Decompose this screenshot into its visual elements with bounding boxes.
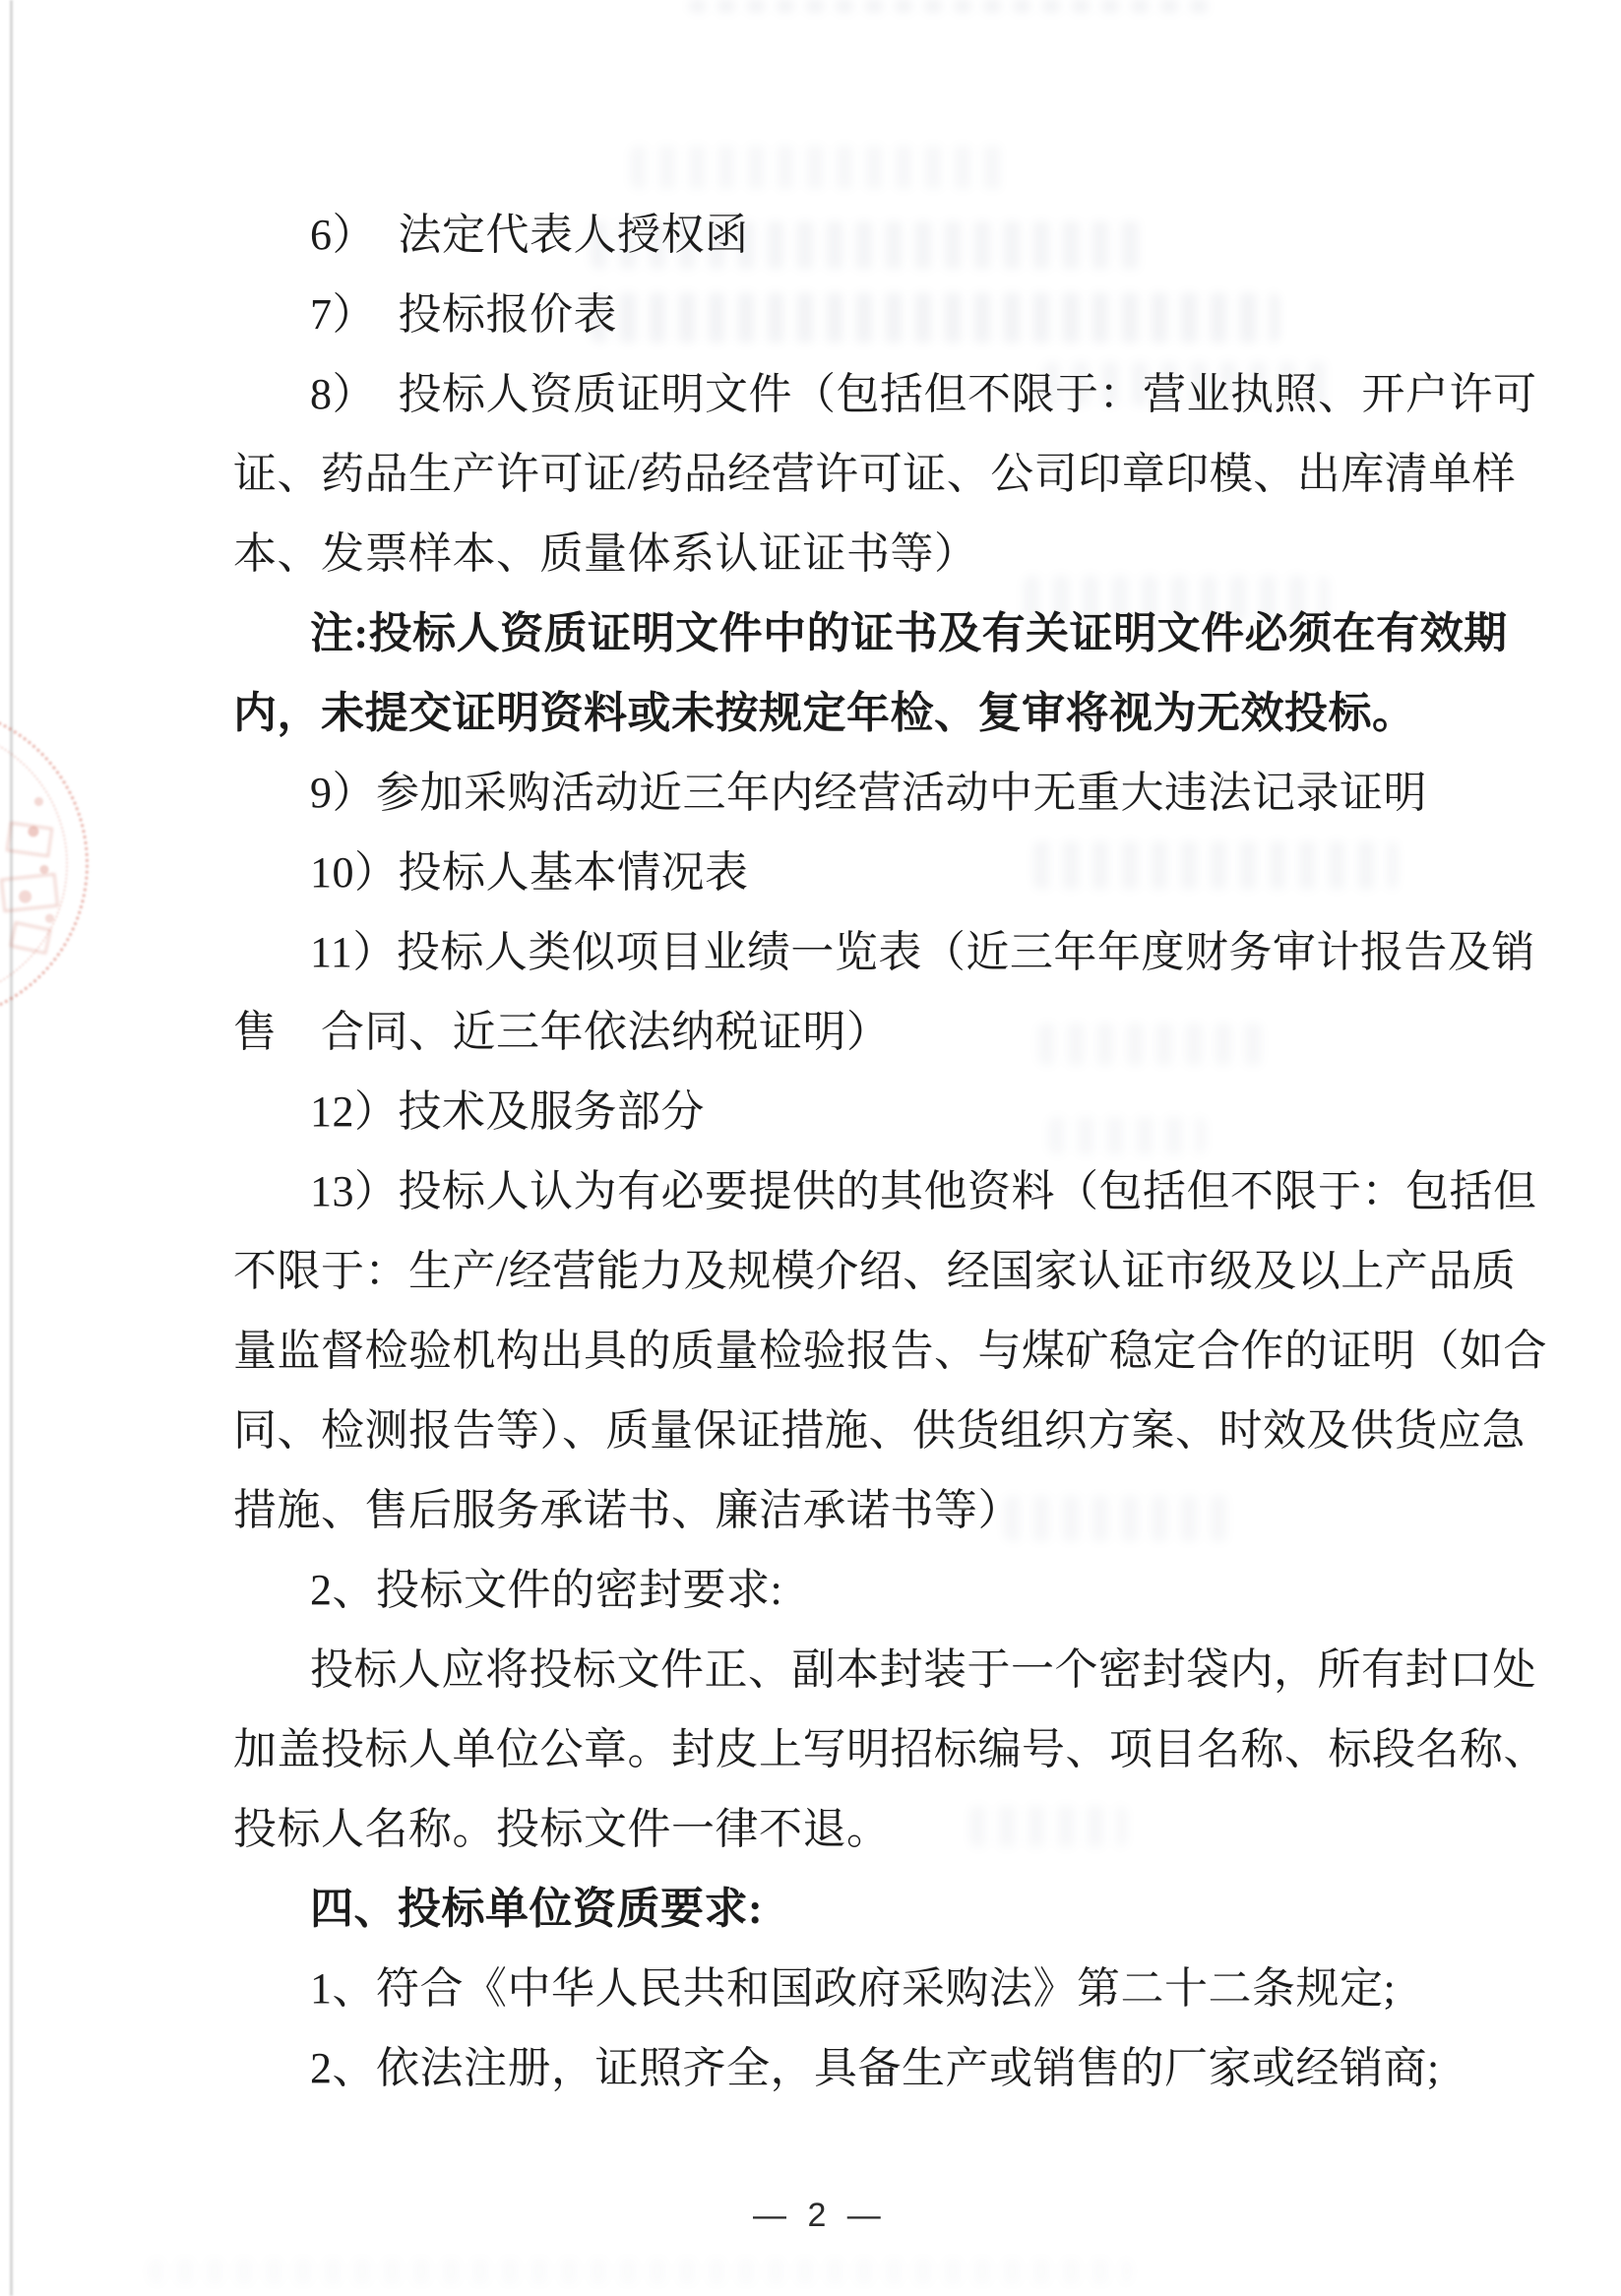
document-text-block: 6） 法定代表人授权函 7） 投标报价表 8） 投标人资质证明文件（包括但不限于… bbox=[233, 195, 1424, 2108]
red-seal-stamp bbox=[0, 706, 89, 1023]
list-item-13: 13）投标人认为有必要提供的其他资料（包括但不限于：包括但 bbox=[233, 1151, 1424, 1231]
page-number: — 2 — bbox=[753, 2197, 887, 2235]
list-item-8-cont: 本、发票样本、质量体系认证证书等） bbox=[233, 514, 1424, 593]
list-item-11-cont: 售 合同、近三年依法纳税证明） bbox=[233, 992, 1424, 1072]
list-item-11: 11）投标人类似项目业绩一览表（近三年年度财务审计报告及销 bbox=[233, 912, 1424, 992]
list-item-7: 7） 投标报价表 bbox=[233, 275, 1424, 354]
red-seal-speckles bbox=[0, 726, 68, 1002]
list-item-13-cont: 同、检测报告等）、质量保证措施、供货组织方案、时效及供货应急 bbox=[233, 1391, 1424, 1470]
bleedthrough-smudge bbox=[630, 146, 1014, 189]
qualification-item-2: 2、依法注册，证照齐全，具备生产或销售的厂家或经销商; bbox=[233, 2028, 1424, 2108]
list-item-8: 8） 投标人资质证明文件（包括但不限于：营业执照、开户许可 bbox=[233, 354, 1424, 434]
list-item-12: 12）技术及服务部分 bbox=[233, 1072, 1424, 1151]
scan-edge-line bbox=[10, 0, 13, 2296]
list-item-9: 9）参加采购活动近三年内经营活动中无重大违法记录证明 bbox=[233, 753, 1424, 833]
bleedthrough-smudge bbox=[148, 2259, 1132, 2284]
list-item-13-cont: 量监督检验机构出具的质量检验报告、与煤矿稳定合作的证明（如合 bbox=[233, 1311, 1424, 1391]
note-line: 注:投标人资质证明文件中的证书及有关证明文件必须在有效期 bbox=[233, 593, 1424, 673]
seal-mark bbox=[0, 873, 58, 912]
note-line-cont: 内，未提交证明资料或未按规定年检、复审将视为无效投标。 bbox=[233, 673, 1424, 753]
list-item-6: 6） 法定代表人授权函 bbox=[233, 195, 1424, 275]
seal-mark bbox=[6, 822, 53, 857]
section-heading-qualifications: 四、投标单位资质要求: bbox=[233, 1869, 1424, 1949]
sealing-paragraph-cont: 加盖投标人单位公章。封皮上写明招标编号、项目名称、标段名称、 bbox=[233, 1709, 1424, 1789]
list-item-8-cont: 证、药品生产许可证/药品经营许可证、公司印章印模、出库清单样 bbox=[233, 434, 1424, 514]
list-item-10: 10）投标人基本情况表 bbox=[233, 833, 1424, 912]
bleedthrough-smudge bbox=[689, 0, 1220, 12]
list-item-13-cont: 措施、售后服务承诺书、廉洁承诺书等） bbox=[233, 1470, 1424, 1550]
sealing-paragraph: 投标人应将投标文件正、副本封装于一个密封袋内，所有封口处 bbox=[233, 1630, 1424, 1709]
document-page: { "colors": { "paper": "#ffffff", "text"… bbox=[0, 0, 1621, 2296]
sealing-requirements-heading: 2、投标文件的密封要求: bbox=[233, 1550, 1424, 1630]
qualification-item-1: 1、符合《中华人民共和国政府采购法》第二十二条规定; bbox=[233, 1949, 1424, 2028]
list-item-13-cont: 不限于：生产/经营能力及规模介绍、经国家认证市级及以上产品质 bbox=[233, 1231, 1424, 1311]
sealing-paragraph-cont: 投标人名称。投标文件一律不退。 bbox=[233, 1789, 1424, 1869]
